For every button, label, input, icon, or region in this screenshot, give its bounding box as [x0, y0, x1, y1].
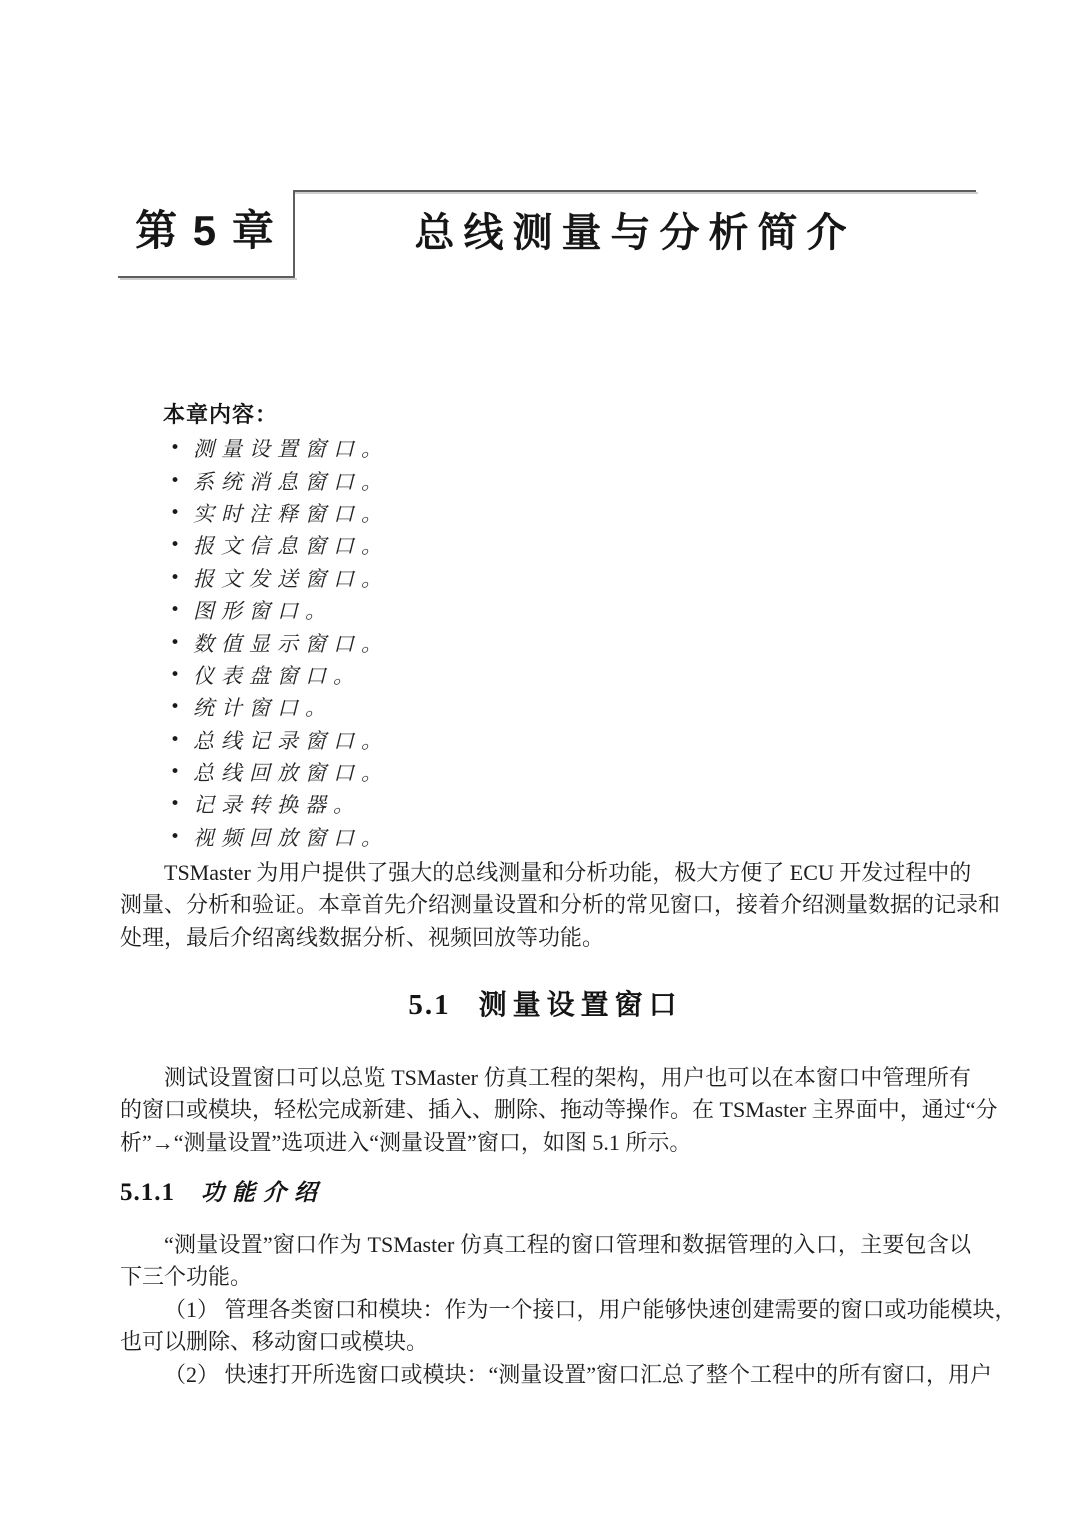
subsection-title: 功能介绍 [201, 1179, 325, 1206]
text-line: 的窗口或模块，轻松完成新建、插入、删除、拖动等操作。在 TSMaster 主界面… [120, 1094, 971, 1126]
subsection-heading-5-1-1: 5.1.1功能介绍 [120, 1178, 325, 1208]
paragraph-intro: TSMaster 为用户提供了强大的总线测量和分析功能，极大方便了 ECU 开发… [120, 857, 971, 954]
paragraph-section-5-1-1: “测量设置”窗口作为 TSMaster 仿真工程的窗口管理和数据管理的入口，主要… [120, 1229, 971, 1391]
section-number: 5.1 [408, 989, 450, 1021]
text-line: 析”→“测量设置”选项进入“测量设置”窗口，如图 5.1 所示。 [120, 1127, 971, 1159]
list-item: • 总线回放窗口。 [170, 756, 870, 788]
list-item-label: 总线记录窗口。 [193, 725, 389, 755]
list-item-label: 视频回放窗口。 [193, 822, 389, 852]
list-item-label: 报文发送窗口。 [193, 563, 389, 593]
book-page: 第 5 章 总线测量与分析简介 本章内容： • 测量设置窗口。 • 系统消息窗口… [0, 0, 1080, 1518]
section-title: 测量设置窗口 [479, 989, 683, 1020]
section-heading-5-1: 5.1测量设置窗口 [120, 986, 971, 1024]
chapter-number: 第 5 章 [116, 203, 295, 259]
list-item-label: 图形窗口。 [193, 595, 333, 625]
text-line: （2） 快速打开所选窗口或模块：“测量设置”窗口汇总了整个工程中的所有窗口，用户 [120, 1359, 971, 1391]
list-item: • 测量设置窗口。 [170, 432, 870, 464]
bullet-icon: • [170, 438, 193, 458]
list-item: • 报文发送窗口。 [170, 562, 870, 594]
text-line: 测试设置窗口可以总览 TSMaster 仿真工程的架构，用户也可以在本窗口中管理… [120, 1062, 971, 1094]
text-line: “测量设置”窗口作为 TSMaster 仿真工程的窗口管理和数据管理的入口，主要… [120, 1229, 971, 1261]
contents-heading: 本章内容： [163, 401, 278, 429]
list-item: • 视频回放窗口。 [170, 821, 870, 853]
list-item: • 数值显示窗口。 [170, 626, 870, 658]
list-item-label: 实时注释窗口。 [193, 498, 389, 528]
bullet-icon: • [170, 471, 193, 491]
list-item-label: 数值显示窗口。 [193, 628, 389, 658]
text-line: TSMaster 为用户提供了强大的总线测量和分析功能，极大方便了 ECU 开发… [120, 857, 971, 889]
list-item: • 图形窗口。 [170, 594, 870, 626]
bullet-icon: • [170, 794, 193, 814]
list-item: • 记录转换器。 [170, 788, 870, 820]
list-item-label: 报文信息窗口。 [193, 530, 389, 560]
text-line: （1） 管理各类窗口和模块：作为一个接口，用户能够快速创建需要的窗口或功能模块， [120, 1294, 971, 1326]
bullet-icon: • [170, 600, 193, 620]
chapter-box-bottom-rule [118, 276, 295, 278]
list-item: • 实时注释窗口。 [170, 497, 870, 529]
list-item: • 总线记录窗口。 [170, 724, 870, 756]
chapter-title: 总线测量与分析简介 [295, 207, 975, 259]
list-item-label: 记录转换器。 [193, 789, 361, 819]
list-item: • 统计窗口。 [170, 691, 870, 723]
list-item: • 系统消息窗口。 [170, 464, 870, 496]
bullet-icon: • [170, 762, 193, 782]
list-item-label: 总线回放窗口。 [193, 757, 389, 787]
list-item-label: 仪表盘窗口。 [193, 660, 361, 690]
bullet-icon: • [170, 730, 193, 750]
bullet-icon: • [170, 568, 193, 588]
list-item-label: 系统消息窗口。 [193, 466, 389, 496]
list-item: • 仪表盘窗口。 [170, 659, 870, 691]
bullet-icon: • [170, 535, 193, 555]
text-line: 测量、分析和验证。本章首先介绍测量设置和分析的常见窗口，接着介绍测量数据的记录和 [120, 889, 971, 921]
bullet-icon: • [170, 827, 193, 847]
bullet-icon: • [170, 665, 193, 685]
list-item-label: 统计窗口。 [193, 692, 333, 722]
text-line: 处理，最后介绍离线数据分析、视频回放等功能。 [120, 922, 971, 954]
chapter-box-top-rule [293, 190, 976, 192]
bullet-icon: • [170, 697, 193, 717]
list-item-label: 测量设置窗口。 [193, 433, 389, 463]
subsection-number: 5.1.1 [120, 1179, 175, 1206]
bullet-icon: • [170, 503, 193, 523]
bullet-icon: • [170, 633, 193, 653]
text-line: 也可以删除、移动窗口或模块。 [120, 1326, 971, 1358]
list-item: • 报文信息窗口。 [170, 529, 870, 561]
contents-list: • 测量设置窗口。 • 系统消息窗口。 • 实时注释窗口。 • 报文信息窗口。 … [170, 432, 870, 853]
text-line: 下三个功能。 [120, 1261, 971, 1293]
paragraph-section-5-1: 测试设置窗口可以总览 TSMaster 仿真工程的架构，用户也可以在本窗口中管理… [120, 1062, 971, 1159]
